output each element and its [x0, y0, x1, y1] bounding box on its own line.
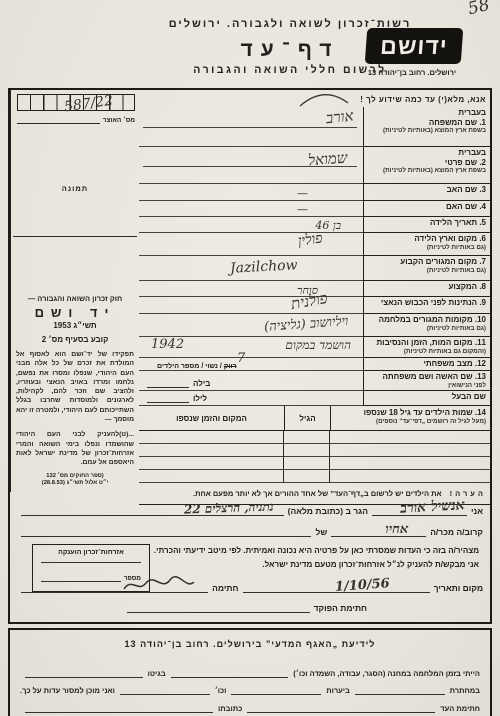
- signature-label: חתימה: [212, 583, 238, 593]
- age-column-header: הגיל: [284, 406, 330, 431]
- field-label-cell: בעברית 2. שם פרטי בשפת ארץ המוצא (באותיו…: [363, 147, 490, 184]
- children-table-row: [139, 444, 490, 457]
- field-number: 6.: [479, 234, 486, 243]
- field-title: מקום המגורים הקבוע: [400, 257, 477, 266]
- wife-name-entry: בילה: [147, 379, 210, 388]
- ghetto-label: בגיטו: [148, 669, 166, 678]
- underground-line: [355, 685, 445, 695]
- testimony-page-scan: 58 רשות־זכרון לשואה ולגבורה. ירושלים דף־…: [0, 0, 500, 716]
- handwritten-date: 1/10/56: [334, 576, 390, 595]
- citizenship-stamp-box: אזרחות־זכרון הוענקה מספר: [32, 544, 150, 592]
- field-number: 14.: [475, 408, 486, 417]
- registrar-signature-row: חתימת הפוקד: [123, 601, 367, 613]
- forests-line: [231, 685, 321, 695]
- etc-line: [120, 685, 210, 695]
- field-label-cell: 5. תאריך הלידה: [363, 217, 490, 233]
- field-number: 2.: [479, 158, 486, 167]
- handwritten-death-year: 1942: [151, 337, 184, 352]
- field-pre-label: בעברית: [366, 108, 486, 118]
- field-answer-cell: Jazilchow: [139, 256, 363, 281]
- relation-row: קרוב/ה מכר/ה אחיו של: [17, 525, 483, 537]
- etc-label: וכו׳: [215, 686, 227, 695]
- law-footnote-line2: י״ט אלול תשי״ג (28.8.53): [42, 480, 108, 486]
- husband-name-value: לילו: [193, 394, 207, 403]
- photo-label: תמונה: [11, 184, 139, 193]
- field-title: מקום המות, הזמן והנסיבות: [376, 338, 472, 347]
- witness-line-2: במחתרת ביערות וכו׳ ואני מוכן למסור עדות …: [20, 685, 480, 695]
- field-sub-label: (גם באותיות לטיניות): [366, 267, 486, 275]
- field-label: 2. שם פרטי: [366, 158, 486, 168]
- field-row-11: 11. מקום המות, הזמן והנסיבות (והמקום גם …: [139, 337, 490, 358]
- field-row-13: 13. שם האשה ושם משפחתה לפני הנישואין ביל…: [139, 371, 490, 391]
- of-line: [21, 525, 311, 537]
- field-title: מקום וארץ הלידה: [414, 234, 477, 243]
- children-table-row: [139, 470, 490, 483]
- resides-label: הגר ב (כתובת מלאה): [288, 506, 368, 516]
- declarant-address-line: נתניה, הרצלים 22: [21, 504, 284, 516]
- field-row-7: 7. מקום המגורים הקבוע (גם באותיות לטיניו…: [139, 256, 490, 281]
- handwritten-residence: Jazilchow: [230, 257, 298, 277]
- children-field-label: 14. שמות הילדים עד גיל 18 שנספו (מעל לגי…: [330, 406, 490, 431]
- field-label-cell: 13. שם האשה ושם משפחתה לפני הנישואין: [363, 371, 490, 391]
- children-table-row: [139, 457, 490, 470]
- archive-number-row: מס׳ האוצר: [17, 114, 135, 124]
- field-number: 9.: [479, 298, 486, 307]
- field-answer-cell: —: [139, 201, 363, 217]
- field-label-cell: שם הבעל: [363, 391, 490, 406]
- field-answer-cell: לילו: [139, 391, 363, 406]
- law-footnote: (ספר החוקים מס׳ 132 י״ט אלול תשי״ג (28.8…: [16, 473, 134, 488]
- note-word: הערה!: [450, 489, 486, 498]
- field-number: 3.: [479, 185, 486, 194]
- field-answer-cell: שמואל: [139, 147, 363, 184]
- office-address: ירושלים. רחוב בן־יהודה 13: [342, 68, 482, 77]
- field-title: שם האב: [447, 185, 477, 194]
- stamp-number-row: מספר: [33, 573, 149, 582]
- field-row-9: 9. הנתינות לפני הכבוש הנאצי פולנית: [139, 297, 490, 314]
- field-answer-cell: ויליושוב (גליציה): [139, 314, 363, 337]
- field-row-4: 4. שם האם —: [139, 201, 490, 217]
- handwritten-relation: אחיו: [385, 521, 408, 537]
- field-sub-label: בשפת ארץ המוצא (באותיות לטיניות): [366, 167, 486, 175]
- law-excerpt: חוק זכרון השואה והגבורה — יד ושם תשי״ג 1…: [16, 294, 134, 488]
- of-label: של: [315, 527, 327, 537]
- field-answer-cell: בן 46: [139, 217, 363, 233]
- field-title: שם הבעל: [452, 392, 486, 401]
- field-answer-cell: סוחר: [139, 281, 363, 297]
- i-label: אני: [471, 506, 483, 516]
- field-title: שם האם: [446, 202, 477, 211]
- field-label-cell: 9. הנתינות לפני הכבוש הנאצי: [363, 297, 490, 314]
- field-number: 5.: [479, 218, 486, 227]
- marital-options: רווק / נשוי / מספר הילדים: [157, 363, 237, 370]
- handwritten-family-name: אורב: [325, 107, 354, 129]
- law-name: יד ושם: [16, 305, 134, 320]
- field-answer-cell: רווק / נשוי / מספר הילדים 7: [139, 358, 363, 371]
- stamp-number-line: [41, 573, 121, 582]
- short-line: [147, 379, 189, 388]
- children-table-row: [139, 431, 490, 444]
- handwritten-mother-name: —: [297, 203, 308, 216]
- main-form-box: מס׳ האוצר 587/22 תמונה חוק זכרון השואה ו…: [8, 88, 492, 624]
- field-title: שם פרטי: [445, 158, 477, 167]
- field-title: שם האשה ושם משפחתה: [382, 372, 472, 381]
- field-title: תאריך הלידה: [430, 218, 477, 227]
- field-number: 8.: [479, 282, 486, 291]
- field-label-cell: 3. שם האב: [363, 184, 490, 201]
- field-row-husband: שם הבעל לילו: [139, 391, 490, 406]
- pen-bracket-mark: [298, 93, 350, 107]
- relation-line: אחיו: [331, 525, 426, 537]
- witness-line-3: חתימת העד כתובתו: [20, 703, 480, 713]
- field-label-cell: 12. מצב משפחתי: [363, 358, 490, 371]
- handwritten-father-name: —: [297, 187, 308, 200]
- field-sub-label: לפני הנישואין: [366, 382, 486, 390]
- field-label-cell: 6. מקום וארץ הלידה (גם באותיות לטיניות): [363, 233, 490, 256]
- field-pre-label: בעברית: [366, 148, 486, 158]
- forests-label: ביערות: [326, 686, 350, 695]
- handwritten-first-name: שמואל: [307, 149, 348, 171]
- stamp-line: [41, 562, 141, 573]
- date-line: 1/10/56: [243, 581, 430, 593]
- field-label-cell: 7. מקום המגורים הקבוע (גם באותיות לטיניו…: [363, 256, 490, 281]
- field-title: מקומות המגורים במלחמה: [379, 315, 473, 324]
- husband-name-entry: לילו: [147, 394, 207, 403]
- law-year: תשי״ג 1953: [16, 321, 134, 330]
- field-label-cell: 11. מקום המות, הזמן והנסיבות (והמקום גם …: [363, 337, 490, 358]
- field-label: 1. שם המשפחה: [366, 118, 486, 128]
- law-clause: קובע בסעיף מס׳ 2: [16, 335, 134, 344]
- field-title: המקצוע: [448, 282, 477, 291]
- handwritten-corner-number: 58: [466, 0, 492, 19]
- field-number: 13.: [475, 372, 486, 381]
- field-row-10: 10. מקומות המגורים במלחמה (גם באותיות לט…: [139, 314, 490, 337]
- field-number: 12.: [475, 359, 486, 368]
- field-answer-cell: פולין: [139, 233, 363, 256]
- handwritten-death-circumstance: הושמד במקום: [285, 338, 351, 353]
- registrar-signature-label: חתימת הפוקד: [314, 603, 367, 613]
- law-footnote-line1: (ספר החוקים מס׳ 132: [46, 473, 103, 479]
- fill-instruction: אנא, מלא(י) עד כמה שידוע לך !: [360, 95, 486, 104]
- law-body: תפקידו של יד־ושם הוא לאסוף אל המולדת את …: [16, 350, 134, 424]
- yad-vashem-logo: ידושם: [365, 28, 464, 64]
- field-number: 7.: [479, 257, 486, 266]
- field-row-12: 12. מצב משפחתי רווק / נשוי / מספר הילדים…: [139, 358, 490, 371]
- wife-name-value: בילה: [193, 379, 210, 388]
- camp-line: [171, 668, 289, 678]
- field-number: 11.: [475, 338, 486, 347]
- handwritten-war-residence: ויליושוב (גליציה): [263, 313, 348, 335]
- fill-instruction-row: אנא, מלא(י) עד כמה שידוע לך !: [139, 90, 490, 107]
- ruled-line: [143, 127, 357, 128]
- underground-label: במחתרת: [450, 686, 480, 695]
- field-number: 10.: [475, 315, 486, 324]
- stamp-number-label: מספר: [124, 575, 141, 582]
- witness-address-line: [25, 703, 213, 713]
- field-sub-label: בשפת ארץ המוצא (באותיות לטיניות): [366, 127, 486, 135]
- marital-option-married: / נשוי / מספר הילדים: [157, 363, 222, 370]
- field-sub-label: (מעל לגיל זה רושמים „דפי־עד” נוספים): [335, 418, 486, 426]
- field-title: שם המשפחה: [429, 118, 477, 127]
- archive-number-line: [17, 114, 100, 124]
- field-answer-cell: —: [139, 184, 363, 201]
- field-row-6: 6. מקום וארץ הלידה (גם באותיות לטיניות) …: [139, 233, 490, 256]
- handwritten-children-count: 7: [237, 351, 245, 366]
- short-line: [147, 394, 189, 403]
- law-body2: ...(ט)להעניק לבני העם היהודי שהושמדו ונפ…: [16, 430, 134, 467]
- camp-label: הייתי בזמן המלחמה במחנה (הסגר, עבודה, הש…: [293, 669, 480, 678]
- willing-testify-label: ואני מוכן למסור עדות על כך.: [20, 686, 115, 695]
- field-title: הנתינות לפני הכבוש הנאצי: [381, 298, 477, 307]
- field-sub-label: (והמקום גם באותיות לטיניות): [366, 348, 486, 356]
- place-date-label: מקום ותאריך: [434, 583, 483, 593]
- field-label-cell: 8. המקצוע: [363, 281, 490, 297]
- handwritten-birth-place: פולין: [297, 230, 324, 250]
- field-row-1: בעברית 1. שם המשפחה בשפת ארץ המוצא (באות…: [139, 107, 490, 147]
- field-number: 4.: [479, 202, 486, 211]
- field-answer-cell: פולנית: [139, 297, 363, 314]
- witness-address-label: כתובתו: [218, 704, 242, 713]
- sidebar-divider: [13, 236, 137, 237]
- field-answer-cell: הושמד במקום 1942: [139, 337, 363, 358]
- archive-number-label: מס׳ האוצר: [103, 117, 135, 124]
- law-heading: חוק זכרון השואה והגבורה —: [16, 294, 134, 303]
- stamp-granted-label: אזרחות־זכרון הוענקה: [33, 549, 149, 556]
- sidebar-column: מס׳ האוצר 587/22 תמונה חוק זכרון השואה ו…: [10, 90, 139, 492]
- children-table-header: 14. שמות הילדים עד גיל 18 שנספו (מעל לגי…: [139, 406, 490, 431]
- witness-section-box: לידיעת „האגף המדעי” בירושלים. רחוב בן־יה…: [8, 628, 492, 716]
- witness-line-1: הייתי בזמן המלחמה במחנה (הסגר, עבודה, הש…: [20, 668, 480, 678]
- marital-option-single: רווק: [224, 363, 237, 370]
- field-label-cell: בעברית 1. שם המשפחה בשפת ארץ המוצא (באות…: [363, 107, 490, 147]
- ghetto-line: [25, 668, 143, 678]
- handwritten-declarant-name: אנשיל אורב: [400, 497, 466, 517]
- field-answer-cell: בילה: [139, 371, 363, 391]
- declarant-name-line: אנשיל אורב: [372, 504, 467, 516]
- field-row-2: בעברית 2. שם פרטי בשפת ארץ המוצא (באותיו…: [139, 147, 490, 184]
- note-text: את הילדים יש לרשום ב„דף־העד” של אחד ההור…: [193, 489, 442, 498]
- field-sub-label: (גם באותיות לטיניות): [366, 325, 486, 333]
- registrar-signature-line: [127, 601, 310, 613]
- field-number: 1.: [479, 118, 486, 127]
- field-label-cell: 4. שם האם: [363, 201, 490, 217]
- field-title: מצב משפחתי: [423, 359, 472, 368]
- field-label-cell: 10. מקומות המגורים במלחמה (גם באותיות לט…: [363, 314, 490, 337]
- relation-label: קרוב/ה מכר/ה: [430, 527, 483, 537]
- handwritten-declarant-address: נתניה, הרצלים 22: [184, 499, 274, 517]
- witness-section-title: לידיעת „האגף המדעי” בירושלים. רחוב בן־יה…: [10, 639, 490, 649]
- declarant-row: אני אנשיל אורב הגר ב (כתובת מלאה) נתניה,…: [17, 504, 483, 516]
- field-sub-label: (גם באותיות לטיניות): [366, 244, 486, 252]
- field-title: שמות הילדים עד גיל 18 שנספו: [364, 408, 473, 417]
- field-answer-cell: אורב: [139, 107, 363, 147]
- place-column-header: המקום והזמן שנספו: [139, 406, 284, 431]
- fields-region: אנא, מלא(י) עד כמה שידוע לך ! בעברית 1. …: [139, 90, 490, 505]
- field-row-3: 3. שם האב —: [139, 184, 490, 201]
- witness-signature-label: חתימת העד: [440, 704, 480, 713]
- witness-signature-line: [247, 703, 435, 713]
